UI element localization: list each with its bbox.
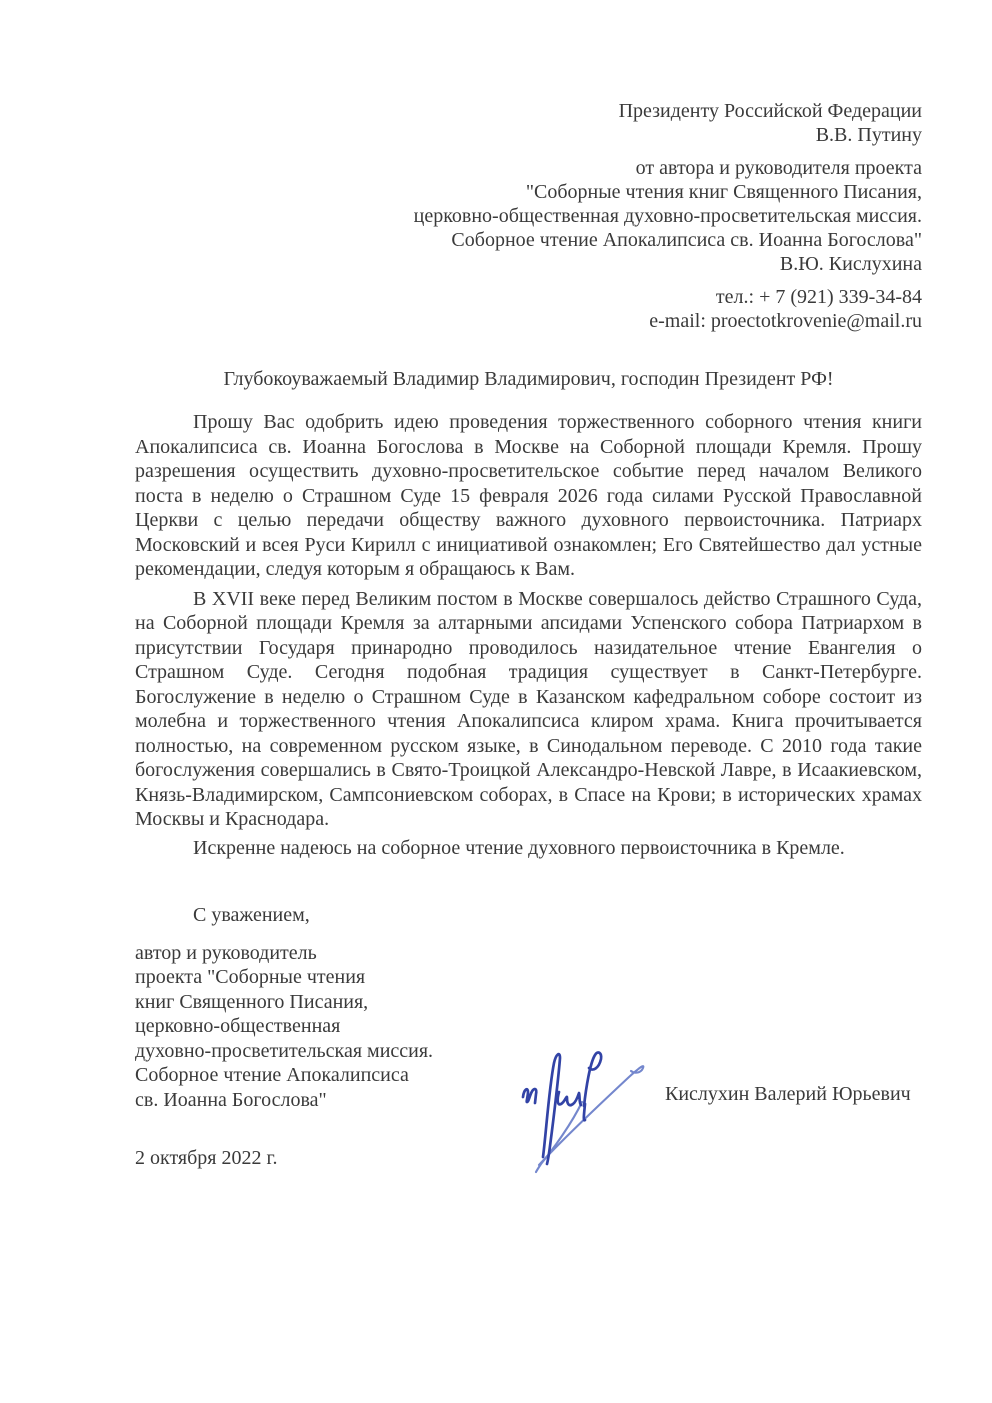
letter-header: Президенту Российской Федерации В.В. Пут… <box>135 99 922 333</box>
author-title-block: автор и руководитель проекта "Соборные ч… <box>135 941 505 1113</box>
author-title-line: Соборное чтение Апокалипсиса <box>135 1063 505 1088</box>
closing-hope: Искренне надеюсь на соборное чтение духо… <box>135 836 922 861</box>
sender-name: В.Ю. Кислухина <box>135 252 922 276</box>
phone-line: тел.: + 7 (921) 339-34-84 <box>135 285 922 309</box>
author-title-line: книг Священного Писания, <box>135 990 505 1015</box>
salutation: Глубокоуважаемый Владимир Владимирович, … <box>135 367 922 392</box>
author-title-line: духовно-просветительская миссия. <box>135 1039 505 1064</box>
signature-section: автор и руководитель проекта "Соборные ч… <box>135 941 922 1113</box>
regards-line: С уважением, <box>135 903 922 928</box>
signature-strokes <box>513 1044 661 1182</box>
author-title-line: автор и руководитель <box>135 941 505 966</box>
body-paragraph-1: Прошу Вас одобрить идею проведения торже… <box>135 410 922 582</box>
sender-block: от автора и руководителя проекта "Соборн… <box>135 156 922 276</box>
addressee-block: Президенту Российской Федерации В.В. Пут… <box>135 99 922 147</box>
author-title-line: церковно-общественная <box>135 1014 505 1039</box>
email-line: e-mail: proectotkrovenie@mail.ru <box>135 309 922 333</box>
letter-content: Президенту Российской Федерации В.В. Пут… <box>135 0 922 1170</box>
sender-line: от автора и руководителя проекта <box>135 156 922 180</box>
signer-name: Кислухин Валерий Юрьевич <box>665 1083 911 1106</box>
addressee-name: В.В. Путину <box>135 123 922 147</box>
handwritten-signature <box>513 1044 661 1182</box>
sender-line: "Соборные чтения книг Священного Писания… <box>135 180 922 204</box>
body-paragraph-2: В XVII веке перед Великим постом в Москв… <box>135 587 922 832</box>
letter-page: Президенту Российской Федерации В.В. Пут… <box>0 0 992 1403</box>
author-title-line: проекта "Соборные чтения <box>135 965 505 990</box>
sender-line: церковно-общественная духовно-просветите… <box>135 204 922 228</box>
sender-line: Соборное чтение Апокалипсиса св. Иоанна … <box>135 228 922 252</box>
contacts-block: тел.: + 7 (921) 339-34-84 e-mail: proect… <box>135 285 922 333</box>
author-title-line: св. Иоанна Богослова" <box>135 1088 505 1113</box>
addressee-line: Президенту Российской Федерации <box>135 99 922 123</box>
